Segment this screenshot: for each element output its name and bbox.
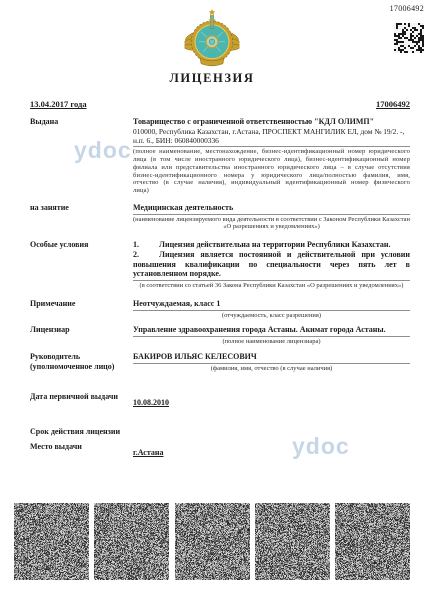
datamatrix-barcode-icon (175, 503, 250, 580)
document-body: 13.04.2017 года 17006492 Выдана Товарище… (0, 99, 424, 460)
field-first-issue-date: Дата первичной выдачи 10.08.2010 (30, 392, 410, 410)
meta-row: 13.04.2017 года 17006492 (30, 99, 410, 109)
note-caption: (отчуждаемость, класс разрешения) (133, 312, 410, 320)
field-note: Примечание Неотчуждаемая, класс 1 (отчуж… (30, 299, 410, 320)
datamatrix-barcode-icon (335, 503, 410, 580)
licensor-label: Лицензиар (30, 325, 133, 346)
document-title: ЛИЦЕНЗИЯ (0, 71, 424, 86)
field-special-conditions: Особые условия 1.Лицензия действительна … (30, 240, 410, 290)
head-label: Руководитель (уполномоченное лицо) (30, 352, 133, 373)
document-header: 17006492 ЛИЦЕНЗИЯ (0, 0, 424, 99)
issue-date: 13.04.2017 года (30, 99, 87, 109)
head-caption: (фамилия, имя, отчество (в случае наличи… (133, 365, 410, 373)
special-condition-item: 1.Лицензия действительна на территории Р… (133, 240, 410, 250)
activity-label: на занятие (30, 203, 133, 231)
issued-to-caption: (полное наименование, местонахождение, б… (133, 148, 410, 194)
note-value: Неотчуждаемая, класс 1 (133, 299, 410, 311)
licensee-address: 010000, Республика Казахстан, г.Астана, … (133, 127, 410, 147)
field-licensor: Лицензиар Управление здравоохранения гор… (30, 325, 410, 346)
licensor-value: Управление здравоохранения города Астаны… (133, 325, 410, 337)
field-issued-to: Выдана Товарищество с ограниченной ответ… (30, 117, 410, 195)
kazakhstan-coat-of-arms-icon (185, 9, 240, 68)
activity-caption: (наименование лицензируемого вида деятел… (133, 216, 410, 231)
special-conditions-caption: (в соответствии со статьей 36 Закона Рес… (133, 282, 410, 290)
place-value: г.Астана (133, 448, 164, 457)
first-issue-value: 10.08.2010 (133, 398, 169, 407)
field-validity: Срок действия лицензии (30, 427, 410, 437)
head-value: БАКИРОВ ИЛЬЯС КЕЛЕСОВИЧ (133, 352, 410, 364)
datamatrix-barcode-icon (94, 503, 169, 580)
field-activity: на занятие Медицинская деятельность (наи… (30, 203, 410, 231)
footer-barcodes (14, 503, 410, 580)
field-head: Руководитель (уполномоченное лицо) БАКИР… (30, 352, 410, 373)
licensee-name: Товарищество с ограниченной ответственно… (133, 117, 410, 127)
activity-value: Медицинская деятельность (133, 203, 410, 215)
note-label: Примечание (30, 299, 133, 320)
license-document: 17006492 ЛИЦЕНЗИЯ (0, 0, 424, 600)
place-label: Место выдачи (30, 442, 133, 460)
licensor-caption: (полное наименование лицензиара) (133, 338, 410, 346)
first-issue-label: Дата первичной выдачи (30, 392, 133, 410)
license-number: 17006492 (376, 99, 410, 109)
issued-to-label: Выдана (30, 117, 133, 195)
top-license-number: 17006492 (390, 4, 424, 13)
field-place-of-issue: Место выдачи г.Астана (30, 442, 410, 460)
datamatrix-barcode-icon (255, 503, 330, 580)
special-condition-item: 2.Лицензия является постоянной и действи… (133, 250, 410, 279)
datamatrix-barcode-icon (14, 503, 89, 580)
special-conditions-label: Особые условия (30, 240, 133, 290)
qr-code-icon (394, 23, 424, 53)
validity-label: Срок действия лицензии (30, 427, 133, 437)
